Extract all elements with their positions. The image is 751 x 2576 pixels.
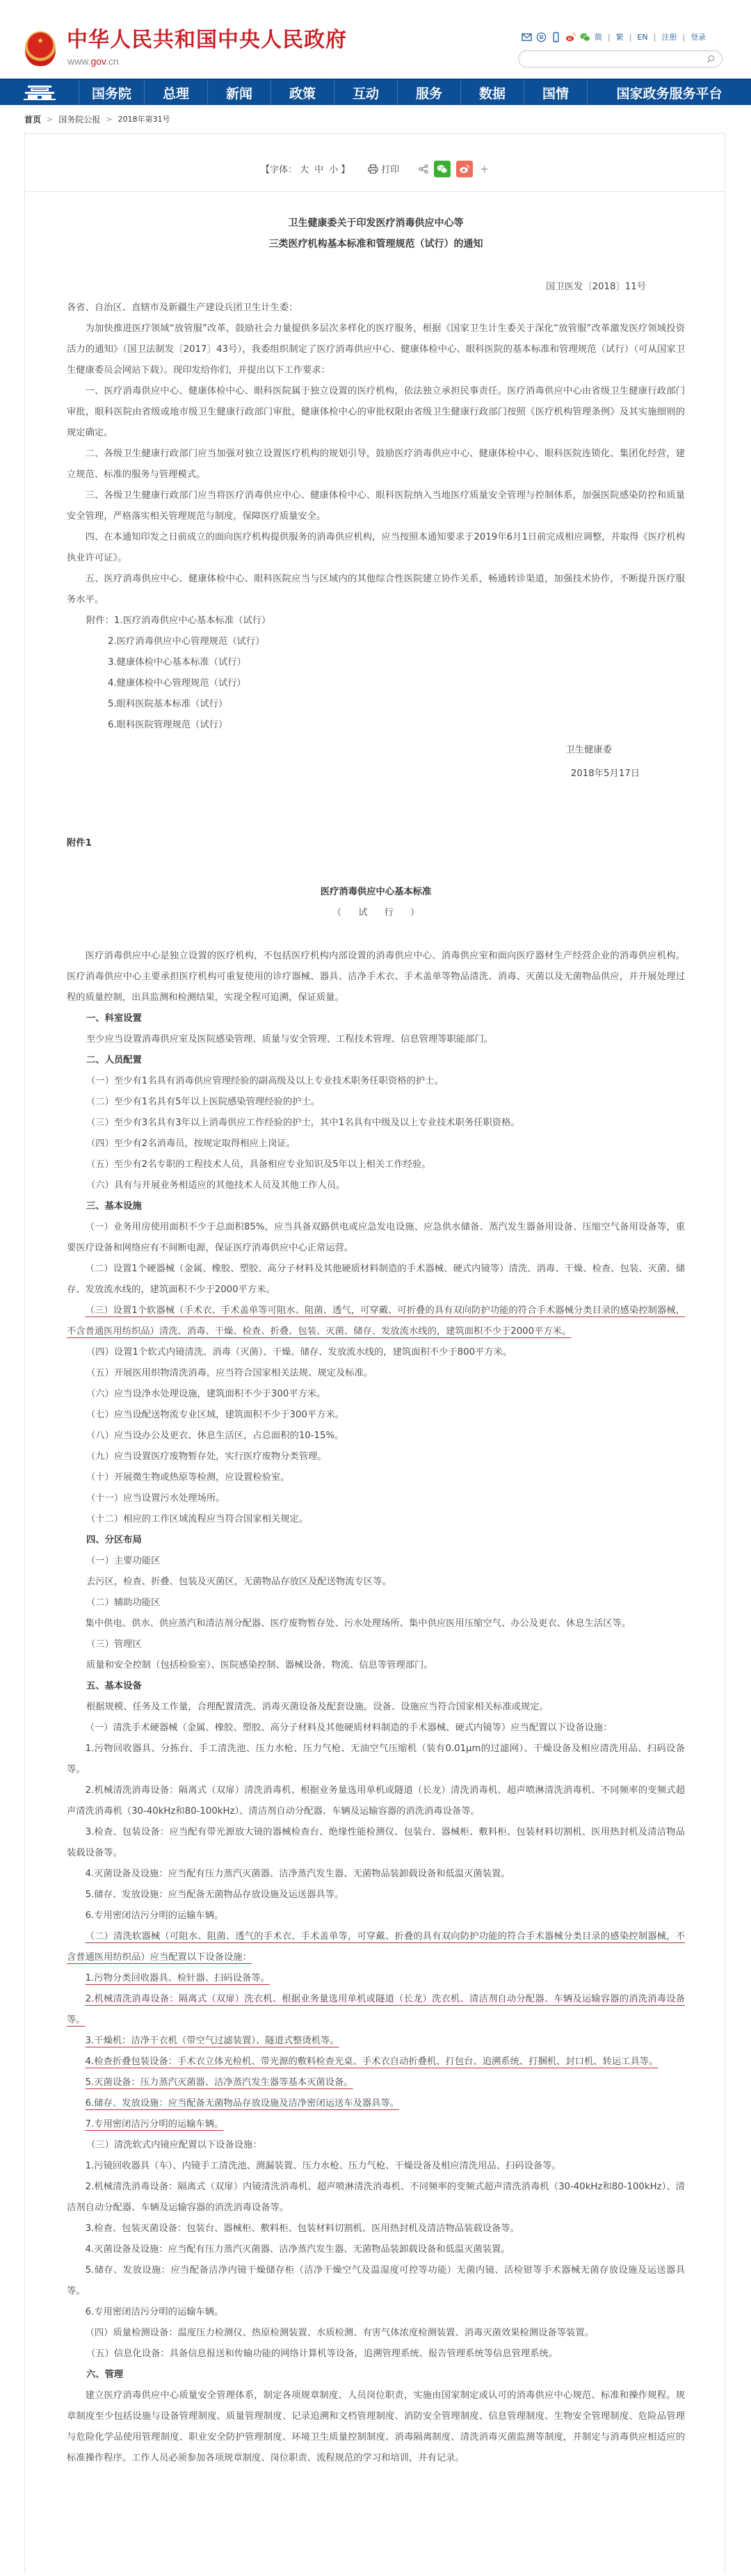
article-toolbar: 【字体：大中小】 打印 + xyxy=(25,134,725,192)
attachment-item: 3.健康体检中心基本标准（试行） xyxy=(67,652,685,673)
share-icon[interactable] xyxy=(419,164,428,174)
list-item: （四）设置1个软式内镜清洗、消毒（灭菌）、干燥、储存、发放流水线的，建筑面积不少… xyxy=(67,1342,685,1363)
list-item: 6.专用密闭洁污分明的运输车辆。 xyxy=(67,2302,685,2323)
link-simplified[interactable]: 简 xyxy=(595,31,602,42)
list-item: （六）应当设净水处理设施，建筑面积不少于300平方米。 xyxy=(67,1384,685,1405)
list-item: （一）至少有1名具有消毒供应管理经验的副高级及以上专业技术职务任职资格的护士。 xyxy=(67,1071,685,1092)
divider: | xyxy=(608,33,611,42)
print-button[interactable]: 打印 xyxy=(368,162,399,175)
document-body: 卫生健康委关于印发医疗消毒供应中心等 三类医疗机构基本标准和管理规范（试行）的通… xyxy=(25,192,725,2469)
weibo-icon xyxy=(459,164,470,174)
font-size-label: 【字体： xyxy=(261,165,297,175)
notice-title: 卫生健康委关于印发医疗消毒供应中心等 三类医疗机构基本标准和管理规范（试行）的通… xyxy=(67,192,685,255)
search-icon[interactable] xyxy=(706,54,716,64)
list-item: （五）信息化设备：具备信息报送和传输功能的网络计算机等设备，追溯管理系统、报告管… xyxy=(67,2344,685,2365)
nav-data[interactable]: 数据 xyxy=(461,80,524,105)
divider: | xyxy=(654,33,656,42)
list-item-underlined: 2.机械清洗消毒设备：隔离式（双扉）洗衣机、根据业务量选用单机或隧道（长龙）洗衣… xyxy=(67,1989,685,2031)
section-heading: 三、基本设施 xyxy=(67,1196,685,1217)
weibo-icon[interactable] xyxy=(565,32,576,42)
list-item: （一）业务用房使用面积不少于总面积85%，应当具备双路供电或应急发电设施、应急供… xyxy=(67,1217,685,1259)
annex-intro: 医疗消毒供应中心是独立设置的医疗机构，不包括医疗机构内部设置的消毒供应中心、消毒… xyxy=(67,946,685,1008)
list-item: 4.灭菌设备及设施：应当配有压力蒸汽灭菌器、洁净蒸汽发生器、无菌物品装卸载设备和… xyxy=(67,1864,685,1885)
breadcrumb-current[interactable]: 2018年第31号 xyxy=(118,113,170,124)
share-weibo-button[interactable] xyxy=(456,161,473,177)
attachments-label: 附件： xyxy=(86,615,114,626)
nav-state-council[interactable]: 国务院 xyxy=(79,80,145,105)
group-title-underlined: （二）清洗软器械（可阻水、阻菌、透气的手术衣、手术盖单等，可穿戴、折叠的具有双向… xyxy=(67,1926,685,1968)
nav-gov-service-platform[interactable]: 国家政务服务平台 xyxy=(588,80,751,105)
breadcrumb-separator: > xyxy=(47,115,53,124)
annex-label: 附件1 xyxy=(67,833,685,854)
list-item: 4.灭菌设备及设施：应当配有压力蒸汽灭菌器、洁净蒸汽发生器、无菌物品装卸载设备和… xyxy=(67,2239,685,2260)
section-text: 建立医疗消毒供应中心质量安全管理体系，制定各项规章制度、人员岗位职责，实施由国家… xyxy=(67,2385,685,2469)
underlined-text: （三）设置1个软器械（手术衣、手术盖单等可阻水、阻菌、透气，可穿戴、可折叠的具有… xyxy=(67,1305,685,1337)
notice-paragraph: 四、在本通知印发之日前成立的面向医疗机构提供服务的消毒供应机构，应当按照本通知要… xyxy=(67,527,685,569)
nav-news[interactable]: 新闻 xyxy=(208,80,271,105)
list-item-underlined: （三）设置1个软器械（手术衣、手术盖单等可阻水、阻菌、透气，可穿戴、可折叠的具有… xyxy=(67,1301,685,1342)
attachment-1: 1.医疗消毒供应中心基本标准（试行） xyxy=(114,615,270,626)
nav-services[interactable]: 服务 xyxy=(398,80,461,105)
list-item: 3.检查、包装灭菌设备：包装台、器械柜、敷料柜、包装材料切割机、医用热封机及清洁… xyxy=(67,2219,685,2239)
list-item: 5.储存、发放设施：应当配备洁净内镜干燥储存柜（洁净干燥空气及温湿度可控等功能）… xyxy=(67,2260,685,2302)
list-item: （五）至少有2名专职的工程技术人员，具备相应专业知识及5年以上相关工作经验。 xyxy=(67,1154,685,1175)
font-size-label-close: 】 xyxy=(341,165,350,175)
notice-paragraph: 三、各级卫生健康行政部门应当将医疗消毒供应中心、健康体检中心、眼科医院纳入当地医… xyxy=(67,485,685,527)
subsection-heading: （三）管理区 xyxy=(67,1634,685,1655)
list-item: （十二）相应的工作区域流程应当符合国家相关规定。 xyxy=(67,1509,685,1530)
section-heading: 五、基本设备 xyxy=(67,1676,685,1697)
message-icon[interactable] xyxy=(536,32,547,42)
mobile-icon[interactable] xyxy=(551,32,561,42)
section-text: 质量和安全控制（包括检验室）、医院感染控制、器械设备、物流、信息等管理部门。 xyxy=(67,1655,685,1676)
group-title: （一）清洗手术硬器械（金属、橡胶、塑胶、高分子材料及其他硬质材料制造的手术器械、… xyxy=(67,1718,685,1739)
site-header: ★ 中华人民共和国中央人民政府 www.gov.cn 简 | 繁 | EN | … xyxy=(0,0,751,79)
subsection-heading: （一）主要功能区 xyxy=(67,1551,685,1572)
notice-paragraph: 为加快推进医疗领域“放管服”改革，鼓励社会力量提供多层次多样化的医疗服务，根据《… xyxy=(67,319,685,381)
list-item: （九）应当设置医疗废物暂存处，实行医疗废物分类管理。 xyxy=(67,1447,685,1467)
section-heading: 一、科室设置 xyxy=(67,1008,685,1029)
list-item: （五）开展医用织物清洗消毒，应当符合国家相关法规、规定及标准。 xyxy=(67,1363,685,1384)
printer-icon xyxy=(368,164,378,174)
list-item: 3.检查、包装设备：应当配有带光源放大镜的器械检查台、绝缘性能检测仪、包装台、器… xyxy=(67,1822,685,1864)
nav-home[interactable] xyxy=(0,80,79,105)
breadcrumb: 首页 > 国务院公报 > 2018年第31号 xyxy=(0,105,751,133)
list-item-underlined: 5.灭菌设备：压力蒸汽灭菌器、洁净蒸汽发生器等基本灭菌设备。 xyxy=(67,2072,685,2093)
notice-paragraph: 二、各级卫生健康行政部门应当加强对独立设置医疗机构的规划引导，鼓励医疗消毒供应中… xyxy=(67,444,685,485)
link-login[interactable]: 登录 xyxy=(691,31,706,42)
list-item: （四）质量检测设备：温度压力检测仪、热原检测装置、水质检测、有害气体浓度检测装置… xyxy=(67,2323,685,2344)
font-size-control: 【字体：大中小】 xyxy=(261,162,350,175)
link-english[interactable]: EN xyxy=(637,33,647,42)
list-item-underlined: 4.检查折叠包装设备：手术衣立体光检机、带光源的敷料检查光桌、手术衣自动折叠机、… xyxy=(67,2052,685,2072)
link-traditional[interactable]: 繁 xyxy=(616,31,624,42)
list-item: （四）至少有2名消毒员，按规定取得相应上岗证。 xyxy=(67,1134,685,1154)
attachment-item: 4.健康体检中心管理规范（试行） xyxy=(67,673,685,694)
list-item-underlined: 1.污物分类回收器具、检针器、扫码设备等。 xyxy=(67,1968,685,1989)
wechat-icon xyxy=(437,164,448,174)
attachment-item: 6.眼科医院管理规范（试行） xyxy=(67,715,685,736)
list-item-underlined: 3.干燥机：洁净干衣机（带空气过滤装置）、隧道式整烫机等。 xyxy=(67,2031,685,2052)
site-title[interactable]: 中华人民共和国中央人民政府 xyxy=(67,28,347,53)
search-box xyxy=(518,50,722,67)
annex-subtitle: （试行） xyxy=(67,903,685,924)
tiananmen-icon xyxy=(24,83,56,102)
attachment-item: 2.医疗消毒供应中心管理规范（试行） xyxy=(67,631,685,652)
list-item: （十一）应当设置污水处理场所。 xyxy=(67,1488,685,1509)
list-item-underlined: 6.储存、发放设施：应当配备无菌物品存放设施及洁净密闭运送车及器具等。 xyxy=(67,2093,685,2114)
group-title: （三）清洗软式内镜应配置以下设备设施： xyxy=(67,2135,685,2156)
underlined-text: 5.灭菌设备：压力蒸汽灭菌器、洁净蒸汽发生器等基本灭菌设备。 xyxy=(86,2077,353,2088)
list-item: （六）具有与开展业务相适应的其他技术人员及其他工作人员。 xyxy=(67,1175,685,1196)
divider: | xyxy=(629,33,632,42)
nav-interaction[interactable]: 互动 xyxy=(334,80,398,105)
list-item: （二）至少有1名具有5年以上医院感染管理经验的护士。 xyxy=(67,1092,685,1113)
attachment-item: 附件：1.医疗消毒供应中心基本标准（试行） xyxy=(67,611,685,631)
attachment-item: 5.眼科医院基本标准（试行） xyxy=(67,694,685,715)
notice-paragraph: 五、医疗消毒供应中心、健康体检中心、眼科医院应当与区域内的其他综合性医院建立协作… xyxy=(67,569,685,611)
share-wechat-button[interactable] xyxy=(434,161,451,177)
nav-national-info[interactable]: 国情 xyxy=(524,80,588,105)
notice-paragraph: 一、医疗消毒供应中心、健康体检中心、眼科医院属于独立设置的医疗机构，依法独立承担… xyxy=(67,381,685,444)
divider: | xyxy=(682,33,685,42)
national-emblem-icon[interactable]: ★ xyxy=(25,31,56,66)
font-small-button[interactable]: 小 xyxy=(329,165,338,175)
article-card: 【字体：大中小】 打印 + 卫生健康委关于印发医疗消毒供应中心等 三类医疗机构基… xyxy=(24,133,725,2574)
share-more-button[interactable]: + xyxy=(480,163,489,175)
section-heading: 六、管理 xyxy=(67,2365,685,2385)
underlined-text: 7.专用密闭洁污分明的运输车辆。 xyxy=(86,2119,224,2130)
subsection-heading: （二）辅助功能区 xyxy=(67,1593,685,1613)
list-item: 1.污镜回收器具（车）、内镜手工清洗池、测漏装置、压力水枪、压力气枪、干燥设备及… xyxy=(67,2156,685,2177)
nav-policy[interactable]: 政策 xyxy=(271,80,334,105)
wechat-icon[interactable] xyxy=(580,32,590,42)
list-item: （十）开展微生物或热原等检测，应设置检验室。 xyxy=(67,1467,685,1488)
section-text: 根据规模、任务及工作量，合理配置清洗、消毒灭菌设备及配套设施。设备、设施应当符合… xyxy=(67,1697,685,1718)
list-item: （七）应当设配送物流专业区域，建筑面积不少于300平方米。 xyxy=(67,1405,685,1426)
annex-title: 医疗消毒供应中心基本标准 xyxy=(67,882,685,903)
breadcrumb-gazette[interactable]: 国务院公报 xyxy=(58,113,100,125)
signer: 卫生健康委 xyxy=(67,740,685,761)
site-url: www.gov.cn xyxy=(67,56,119,67)
list-item: （二）设置1个硬器械（金属、橡胶、塑胶、高分子材料及其他硬质材料制造的手术器械、… xyxy=(67,1259,685,1301)
list-item-underlined: 7.专用密闭洁污分明的运输车辆。 xyxy=(67,2114,685,2135)
list-item: 2.机械清洗消毒设备：隔离式（双扉）清洗消毒机、根据业务量选用单机或隧道（长龙）… xyxy=(67,1780,685,1822)
notice-title-line2: 三类医疗机构基本标准和管理规范（试行）的通知 xyxy=(67,234,685,255)
breadcrumb-separator: > xyxy=(106,115,112,124)
list-item: （八）应当设办公及更衣、休息生活区，占总面积的10-15%。 xyxy=(67,1426,685,1447)
sign-date: 2018年5月17日 xyxy=(67,764,685,784)
section-heading: 二、人员配置 xyxy=(67,1050,685,1071)
nav-premier[interactable]: 总理 xyxy=(145,80,208,105)
document-number: 国卫医发〔2018〕11号 xyxy=(67,277,685,298)
section-text: 至少应当设置消毒供应室及医院感染管理、质量与安全管理、工程技术管理、信息管理等职… xyxy=(67,1029,685,1050)
underlined-text: 4.检查折叠包装设备：手术衣立体光检机、带光源的敷料检查光桌、手术衣自动折叠机、… xyxy=(86,2056,659,2067)
recipients: 各省、自治区、直辖市及新疆生产建设兵团卫生计生委： xyxy=(67,298,685,319)
underlined-text: 2.机械清洗消毒设备：隔离式（双扉）洗衣机、根据业务量选用单机或隧道（长龙）洗衣… xyxy=(67,1994,685,2025)
breadcrumb-home[interactable]: 首页 xyxy=(24,113,41,125)
list-item: 1.污物回收器具、分拣台、手工清洗池、压力水枪、压力气枪、无油空气压缩机（装有0… xyxy=(67,1739,685,1780)
underlined-text: 1.污物分类回收器具、检针器、扫码设备等。 xyxy=(86,1973,270,1983)
underlined-text: （二）清洗软器械（可阻水、阻菌、透气的手术衣、手术盖单等，可穿戴、折叠的具有双向… xyxy=(67,1931,685,1963)
section-heading: 四、分区布局 xyxy=(67,1530,685,1551)
section-text: 去污区，检查、折叠、包装及灭菌区，无菌物品存放区及配送物流专区等。 xyxy=(67,1572,685,1593)
font-large-button[interactable]: 大 xyxy=(300,165,309,175)
link-register[interactable]: 注册 xyxy=(661,31,677,42)
top-utility-links: 简 | 繁 | EN | 注册 | 登录 xyxy=(522,29,706,45)
search-input[interactable] xyxy=(526,53,700,65)
notice-title-line1: 卫生健康委关于印发医疗消毒供应中心等 xyxy=(67,213,685,234)
list-item: 5.储存、发放设施：应当配备无菌物品存放设施及运送器具等。 xyxy=(67,1885,685,1906)
list-item: 6.专用密闭洁污分明的运输车辆。 xyxy=(67,1906,685,1926)
underlined-text: 3.干燥机：洁净干衣机（带空气过滤装置）、隧道式整烫机等。 xyxy=(86,2036,339,2046)
font-medium-button[interactable]: 中 xyxy=(314,165,323,175)
list-item: （三）至少有3名具有3年以上消毒供应工作经验的护士，其中1名具有中级及以上专业技… xyxy=(67,1113,685,1134)
print-label: 打印 xyxy=(381,162,399,175)
section-text: 集中供电、供水、供应蒸汽和清洁剂分配器、医疗废物暂存处、污水处理场所、集中供应医… xyxy=(67,1613,685,1634)
list-item: 2.机械清洗消毒设备：隔离式（双扉）内镜清洗消毒机、超声喷淋清洗消毒机、不同频率… xyxy=(67,2177,685,2219)
underlined-text: 6.储存、发放设施：应当配备无菌物品存放设施及洁净密闭运送车及器具等。 xyxy=(86,2098,399,2109)
mail-icon[interactable] xyxy=(522,32,532,42)
main-nav: 国务院 总理 新闻 政策 互动 服务 数据 国情 国家政务服务平台 xyxy=(0,79,751,105)
